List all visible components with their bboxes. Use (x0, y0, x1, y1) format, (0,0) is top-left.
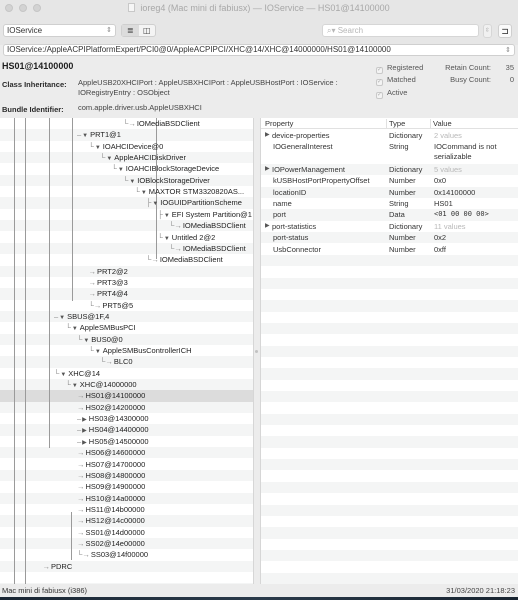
tree-connector-icon: – (77, 436, 81, 447)
tree-node-label: HS04@14400000 (89, 425, 149, 434)
property-type: Dictionary (389, 130, 422, 141)
property-type: Number (389, 232, 416, 243)
disclosure-open-icon[interactable]: ▼ (59, 313, 65, 324)
tree-connector-icon: → (43, 561, 51, 572)
property-type: Data (389, 209, 405, 220)
path-select[interactable]: IOService:/AppleACPIPlatformExpert/PCI0@… (3, 44, 515, 56)
tree-node[interactable]: └→IOMediaBSDClient (146, 254, 223, 265)
tree-node[interactable]: └→IOMediaBSDClient (123, 118, 200, 129)
tree-node-label: BLC0 (114, 357, 133, 366)
window-title-text: ioreg4 (Mac mini di fabiusx) — IOService… (140, 3, 389, 13)
tree-connector-icon: → (89, 288, 97, 299)
sidebar-icon: ⊐ (501, 26, 509, 36)
property-row[interactable]: port-statusNumber0x2 (261, 232, 518, 243)
retain-count-value: 35 (502, 63, 514, 72)
tree-connector-icon: └→ (77, 549, 90, 560)
property-row[interactable]: kUSBHostPortPropertyOffsetNumber0x0 (261, 175, 518, 186)
bundle-identifier-value: com.apple.driver.usb.AppleUSBXHCI (78, 103, 202, 113)
tree-row[interactable] (0, 129, 253, 140)
tree-guide-line (25, 118, 26, 584)
tree-node-label: Untitled 2@2 (172, 233, 215, 242)
tree-node-label: SS01@14d00000 (86, 528, 145, 537)
property-row[interactable]: ▶device-propertiesDictionary2 values (261, 130, 518, 141)
tree-node-label: IOMediaBSDClient (183, 244, 246, 253)
tree-node-label: PRT3@3 (97, 278, 128, 287)
tree-node-label: IOMediaBSDClient (183, 221, 246, 230)
search-stepper[interactable]: ⇳ (483, 24, 492, 38)
tree-node[interactable]: →HS09@14900000 (77, 481, 145, 492)
active-label: Active (387, 88, 407, 97)
column-divider[interactable] (386, 119, 387, 128)
tree-node-label: XHC@14 (68, 369, 100, 378)
tree-connector-icon: └→ (89, 300, 102, 311)
tree-connector-icon: └ (54, 368, 59, 379)
property-row[interactable]: ▶IOPowerManagementDictionary5 values (261, 164, 518, 175)
column-header-type[interactable]: Type (389, 118, 405, 129)
active-checkbox: ✓Active (376, 88, 407, 99)
class-inheritance-line1: AppleUSB20XHCIPort : AppleUSBXHCIPort : … (78, 78, 338, 88)
tree-connector-icon: → (77, 459, 85, 470)
tree-connector-icon: ├ (146, 197, 151, 208)
ioreg-window: ioreg4 (Mac mini di fabiusx) — IOService… (0, 0, 518, 597)
property-row-bg (261, 278, 518, 289)
property-row-bg (261, 436, 518, 447)
property-row-bg (261, 539, 518, 550)
tree-node-label: IOAHCIBlockStorageDevice (126, 164, 219, 173)
property-name: kUSBHostPortPropertyOffset (273, 175, 370, 186)
registered-label: Registered (387, 63, 423, 72)
property-row-bg (261, 550, 518, 561)
tree-node-label: HS11@14b00000 (86, 505, 145, 514)
retain-count-label: Retain Count: (431, 63, 491, 72)
property-type: Number (389, 175, 416, 186)
property-value: 0x2 (434, 232, 446, 243)
property-name: IOGeneralInterest (273, 141, 333, 152)
tree-node[interactable]: └→SS03@14f00000 (77, 549, 148, 560)
property-name: locationID (273, 187, 306, 198)
column-header-property[interactable]: Property (265, 118, 293, 129)
tree-connector-icon: → (77, 538, 85, 549)
tree-connector-icon: └ (66, 322, 71, 333)
tree-connector-icon: → (77, 390, 85, 401)
list-view-icon[interactable]: ≣ (122, 25, 139, 36)
checkmark-icon: ✓ (376, 92, 383, 99)
property-value: HS01 (434, 198, 453, 209)
disclosure-closed-icon[interactable]: ▶ (265, 130, 270, 141)
tree-node[interactable]: →SS02@14e00000 (77, 538, 145, 549)
tree-node[interactable]: →HS10@14a00000 (77, 493, 145, 504)
tree-guide-line (49, 118, 50, 448)
property-row-bg (261, 312, 518, 323)
tree-node-label: PRT5@5 (102, 301, 133, 310)
busy-count-value: 0 (502, 75, 514, 84)
tree-node-label: IOGUIDPartitionScheme (160, 198, 242, 207)
tree-node-label: AppleSMBusControllerICH (103, 346, 192, 355)
property-row-bg (261, 516, 518, 527)
tree-node-label: IOMediaBSDClient (137, 119, 200, 128)
tree-node-label: HS08@14800000 (86, 471, 146, 480)
property-name: device-properties (272, 130, 330, 141)
tree-node[interactable]: →HS12@14c00000 (77, 515, 145, 526)
property-table-header: Property Type Value (261, 118, 518, 129)
tree-connector-icon: └→ (169, 220, 182, 231)
tree-node-label: SBUS@1F,4 (67, 312, 109, 321)
property-value: 0x0 (434, 175, 446, 186)
tree-node-label: EFI System Partition@1 (172, 210, 252, 219)
property-row-bg (261, 527, 518, 538)
tree-connector-icon: – (77, 129, 81, 140)
matched-label: Matched (387, 75, 416, 84)
class-inheritance-line2: IORegistryEntry : OSObject (78, 88, 170, 98)
property-row-bg (261, 368, 518, 379)
bundle-identifier-label: Bundle Identifier: (2, 105, 64, 114)
property-type: Number (389, 244, 416, 255)
tree-node-label: MAXTOR STM3320820AS... (149, 187, 244, 196)
property-value: 0x14100000 (434, 187, 475, 198)
search-placeholder: Search (338, 26, 363, 35)
property-row[interactable]: nameStringHS01 (261, 198, 518, 209)
property-value: 0xff (434, 244, 446, 255)
divider-handle-icon (255, 350, 258, 353)
property-type: Number (389, 187, 416, 198)
tree-node[interactable]: →PRT4@4 (89, 288, 128, 299)
tree-node-label: AppleSMBusPCI (80, 323, 136, 332)
tree-node-label: HS05@14500000 (89, 437, 149, 446)
tree-node-label: HS06@14600000 (86, 448, 146, 457)
tree-node-label: PRT2@2 (97, 267, 128, 276)
tree-node[interactable]: →HS06@14600000 (77, 447, 145, 458)
tree-guide-line (14, 118, 15, 584)
tree-connector-icon: └ (100, 152, 105, 163)
tree-row[interactable] (0, 334, 253, 345)
tree-node[interactable]: →HS01@14100000 (77, 390, 145, 401)
busy-count-label: Busy Count: (431, 75, 491, 84)
property-row-bg (261, 561, 518, 572)
property-row-bg (261, 255, 518, 266)
toolbar: IOService⇕ ≣ ◫ ⌕▾ Search ⇳ ⊐ (0, 17, 518, 45)
document-icon (128, 3, 135, 12)
plane-select[interactable]: IOService⇕ (3, 24, 116, 37)
property-value: 5 values (434, 164, 462, 175)
tree-row[interactable] (0, 311, 253, 322)
tree-connector-icon: → (77, 447, 85, 458)
chevron-updown-icon: ⇕ (505, 45, 511, 56)
tree-node[interactable]: →HS08@14800000 (77, 470, 145, 481)
property-name: port-status (273, 232, 308, 243)
property-row[interactable]: IOGeneralInterestStringIOCommand is not … (261, 141, 518, 164)
tree-connector-icon: └ (135, 186, 140, 197)
property-row-bg (261, 414, 518, 425)
property-table[interactable]: Property Type Value ▶device-propertiesDi… (260, 118, 518, 584)
disclosure-open-icon[interactable]: ▼ (82, 131, 88, 142)
registry-tree[interactable]: └→IOMediaBSDClient–▼PRT1@1└▼IOAHCIDevice… (0, 118, 254, 584)
property-row-bg (261, 459, 518, 470)
tree-row[interactable] (0, 368, 253, 379)
property-name: port-statistics (272, 221, 316, 232)
tree-connector-icon: └→ (169, 243, 182, 254)
tree-guide-line (71, 512, 72, 560)
class-inheritance-label: Class Inheritance: (2, 80, 67, 89)
path-value: IOService:/AppleACPIPlatformExpert/PCI0@… (7, 45, 391, 54)
tree-node[interactable]: └→IOMediaBSDClient (169, 243, 246, 254)
tree-connector-icon: └ (112, 163, 117, 174)
tree-guide-line (72, 118, 73, 301)
tree-connector-icon: → (77, 481, 85, 492)
property-type: String (389, 198, 409, 209)
tree-node-label: SS02@14e00000 (86, 539, 145, 548)
checkmark-icon: ✓ (376, 79, 383, 86)
view-mode-segmented-control[interactable]: ≣ ◫ (121, 24, 156, 37)
tree-node[interactable]: →HS07@14700000 (77, 459, 145, 470)
tree-connector-icon: └ (89, 345, 94, 356)
tree-connector-icon: → (77, 470, 85, 481)
property-row-bg (261, 573, 518, 584)
tree-node-label: PDRC (51, 562, 72, 571)
tree-connector-icon: → (89, 266, 97, 277)
checkmark-icon: ✓ (376, 67, 383, 74)
tree-node-label: SS03@14f00000 (91, 550, 148, 559)
machine-name: Mac mini di fabiusx (i386) (2, 584, 87, 597)
property-row-bg (261, 391, 518, 402)
tree-connector-icon: └ (77, 334, 82, 345)
disclosure-closed-icon[interactable]: ▶ (265, 164, 270, 175)
tree-node-label: HS01@14100000 (86, 391, 146, 400)
tree-connector-icon: → (77, 515, 85, 526)
column-view-icon[interactable]: ◫ (139, 25, 156, 36)
property-type: Dictionary (389, 221, 422, 232)
tree-node-label: XHC@14000000 (80, 380, 137, 389)
tree-node[interactable]: →SS01@14d00000 (77, 527, 145, 538)
tree-connector-icon: └→ (146, 254, 159, 265)
tree-node-label: IOMediaBSDClient (160, 255, 223, 264)
title-bar: ioreg4 (Mac mini di fabiusx) — IOService… (0, 0, 518, 17)
registered-checkbox: ✓Registered (376, 63, 423, 74)
property-row-bg (261, 323, 518, 334)
tree-node-label: PRT4@4 (97, 289, 128, 298)
property-row-bg (261, 334, 518, 345)
tree-connector-icon: └→ (100, 356, 113, 367)
status-bar: Mac mini di fabiusx (i386) 31/03/2020 21… (0, 584, 518, 597)
window-title: ioreg4 (Mac mini di fabiusx) — IOService… (0, 3, 518, 13)
tree-connector-icon: └ (158, 232, 163, 243)
tree-node-label: HS02@14200000 (86, 403, 146, 412)
property-row-bg (261, 289, 518, 300)
tree-node[interactable]: →HS02@14200000 (77, 402, 145, 413)
tree-node-label: BUS0@0 (91, 335, 122, 344)
property-name: UsbConnector (273, 244, 321, 255)
property-row[interactable]: ▶port-statisticsDictionary11 values (261, 221, 518, 232)
tree-node[interactable]: →HS11@14b00000 (77, 504, 145, 515)
tree-node[interactable]: →PRT3@3 (89, 277, 128, 288)
property-row[interactable]: UsbConnectorNumber0xff (261, 244, 518, 255)
property-value: IOCommand is not serializable (434, 142, 514, 162)
property-row-bg (261, 402, 518, 413)
property-row-bg (261, 425, 518, 436)
tree-connector-icon: └ (89, 141, 94, 152)
tree-row[interactable] (0, 561, 253, 572)
property-name: name (273, 198, 292, 209)
search-input[interactable]: ⌕▾ Search (322, 24, 479, 37)
column-header-value[interactable]: Value (433, 118, 452, 129)
property-row[interactable]: portData<01 00 00 00> (261, 209, 518, 220)
property-row-bg (261, 505, 518, 516)
tree-connector-icon: └ (66, 379, 71, 390)
property-name: port (273, 209, 286, 220)
tree-node-label: HS07@14700000 (86, 460, 146, 469)
chevron-updown-icon: ⇕ (106, 25, 112, 36)
property-value: <01 00 00 00> (434, 209, 489, 220)
property-row-bg (261, 380, 518, 391)
tree-connector-icon: ├ (158, 209, 163, 220)
property-value: 11 values (434, 221, 466, 232)
property-row-bg (261, 266, 518, 277)
search-icon: ⌕▾ (327, 26, 338, 35)
tree-node[interactable]: └→PRT5@5 (89, 300, 134, 311)
tree-connector-icon: – (54, 311, 58, 322)
property-name: IOPowerManagement (272, 164, 345, 175)
plane-select-value: IOService (7, 26, 42, 35)
property-row-bg (261, 300, 518, 311)
node-title: HS01@14100000 (2, 61, 73, 71)
property-row-bg (261, 448, 518, 459)
tree-connector-icon: → (77, 402, 85, 413)
column-divider[interactable] (430, 119, 431, 128)
tree-connector-icon: └→ (123, 118, 136, 129)
property-type: Dictionary (389, 164, 422, 175)
property-row-bg (261, 493, 518, 504)
tree-row-empty (0, 572, 253, 583)
tree-connector-icon: – (77, 413, 81, 424)
tree-node-label: HS10@14a00000 (86, 494, 146, 503)
property-row-bg (261, 346, 518, 357)
tree-node-label: HS09@14900000 (86, 482, 146, 491)
property-value: 2 values (434, 130, 462, 141)
tree-connector-icon: → (77, 504, 85, 515)
tree-node-label: HS03@14300000 (89, 414, 149, 423)
tree-node-label: PRT1@1 (90, 130, 121, 139)
snapshot-timestamp: 31/03/2020 21:18:23 (446, 584, 515, 597)
disclosure-closed-icon[interactable]: ▶ (265, 221, 270, 232)
tree-node-label: AppleAHCIDiskDriver (114, 153, 186, 162)
tree-node-label: HS12@14c00000 (86, 516, 145, 525)
tree-node[interactable]: └→BLC0 (100, 356, 133, 367)
tree-node-label: IOBlockStorageDriver (137, 176, 210, 185)
tree-connector-icon: → (89, 277, 97, 288)
property-row[interactable]: locationIDNumber0x14100000 (261, 187, 518, 198)
property-row-bg (261, 482, 518, 493)
property-type: String (389, 141, 409, 152)
matched-checkbox: ✓Matched (376, 75, 416, 86)
node-info-panel: HS01@14100000 Class Inheritance: AppleUS… (0, 58, 518, 118)
tree-connector-icon: – (77, 424, 81, 435)
tree-connector-icon: → (77, 493, 85, 504)
tree-connector-icon: └ (123, 175, 128, 186)
tree-connector-icon: → (77, 527, 85, 538)
tree-node[interactable]: →PDRC (43, 561, 73, 572)
tree-node[interactable]: →PRT2@2 (89, 266, 128, 277)
tree-node-label: IOAHCIDevice@0 (103, 142, 164, 151)
property-row-bg (261, 471, 518, 482)
property-row-bg (261, 357, 518, 368)
inspector-toggle-button[interactable]: ⊐ (498, 24, 512, 38)
tree-node[interactable]: └→IOMediaBSDClient (169, 220, 246, 231)
